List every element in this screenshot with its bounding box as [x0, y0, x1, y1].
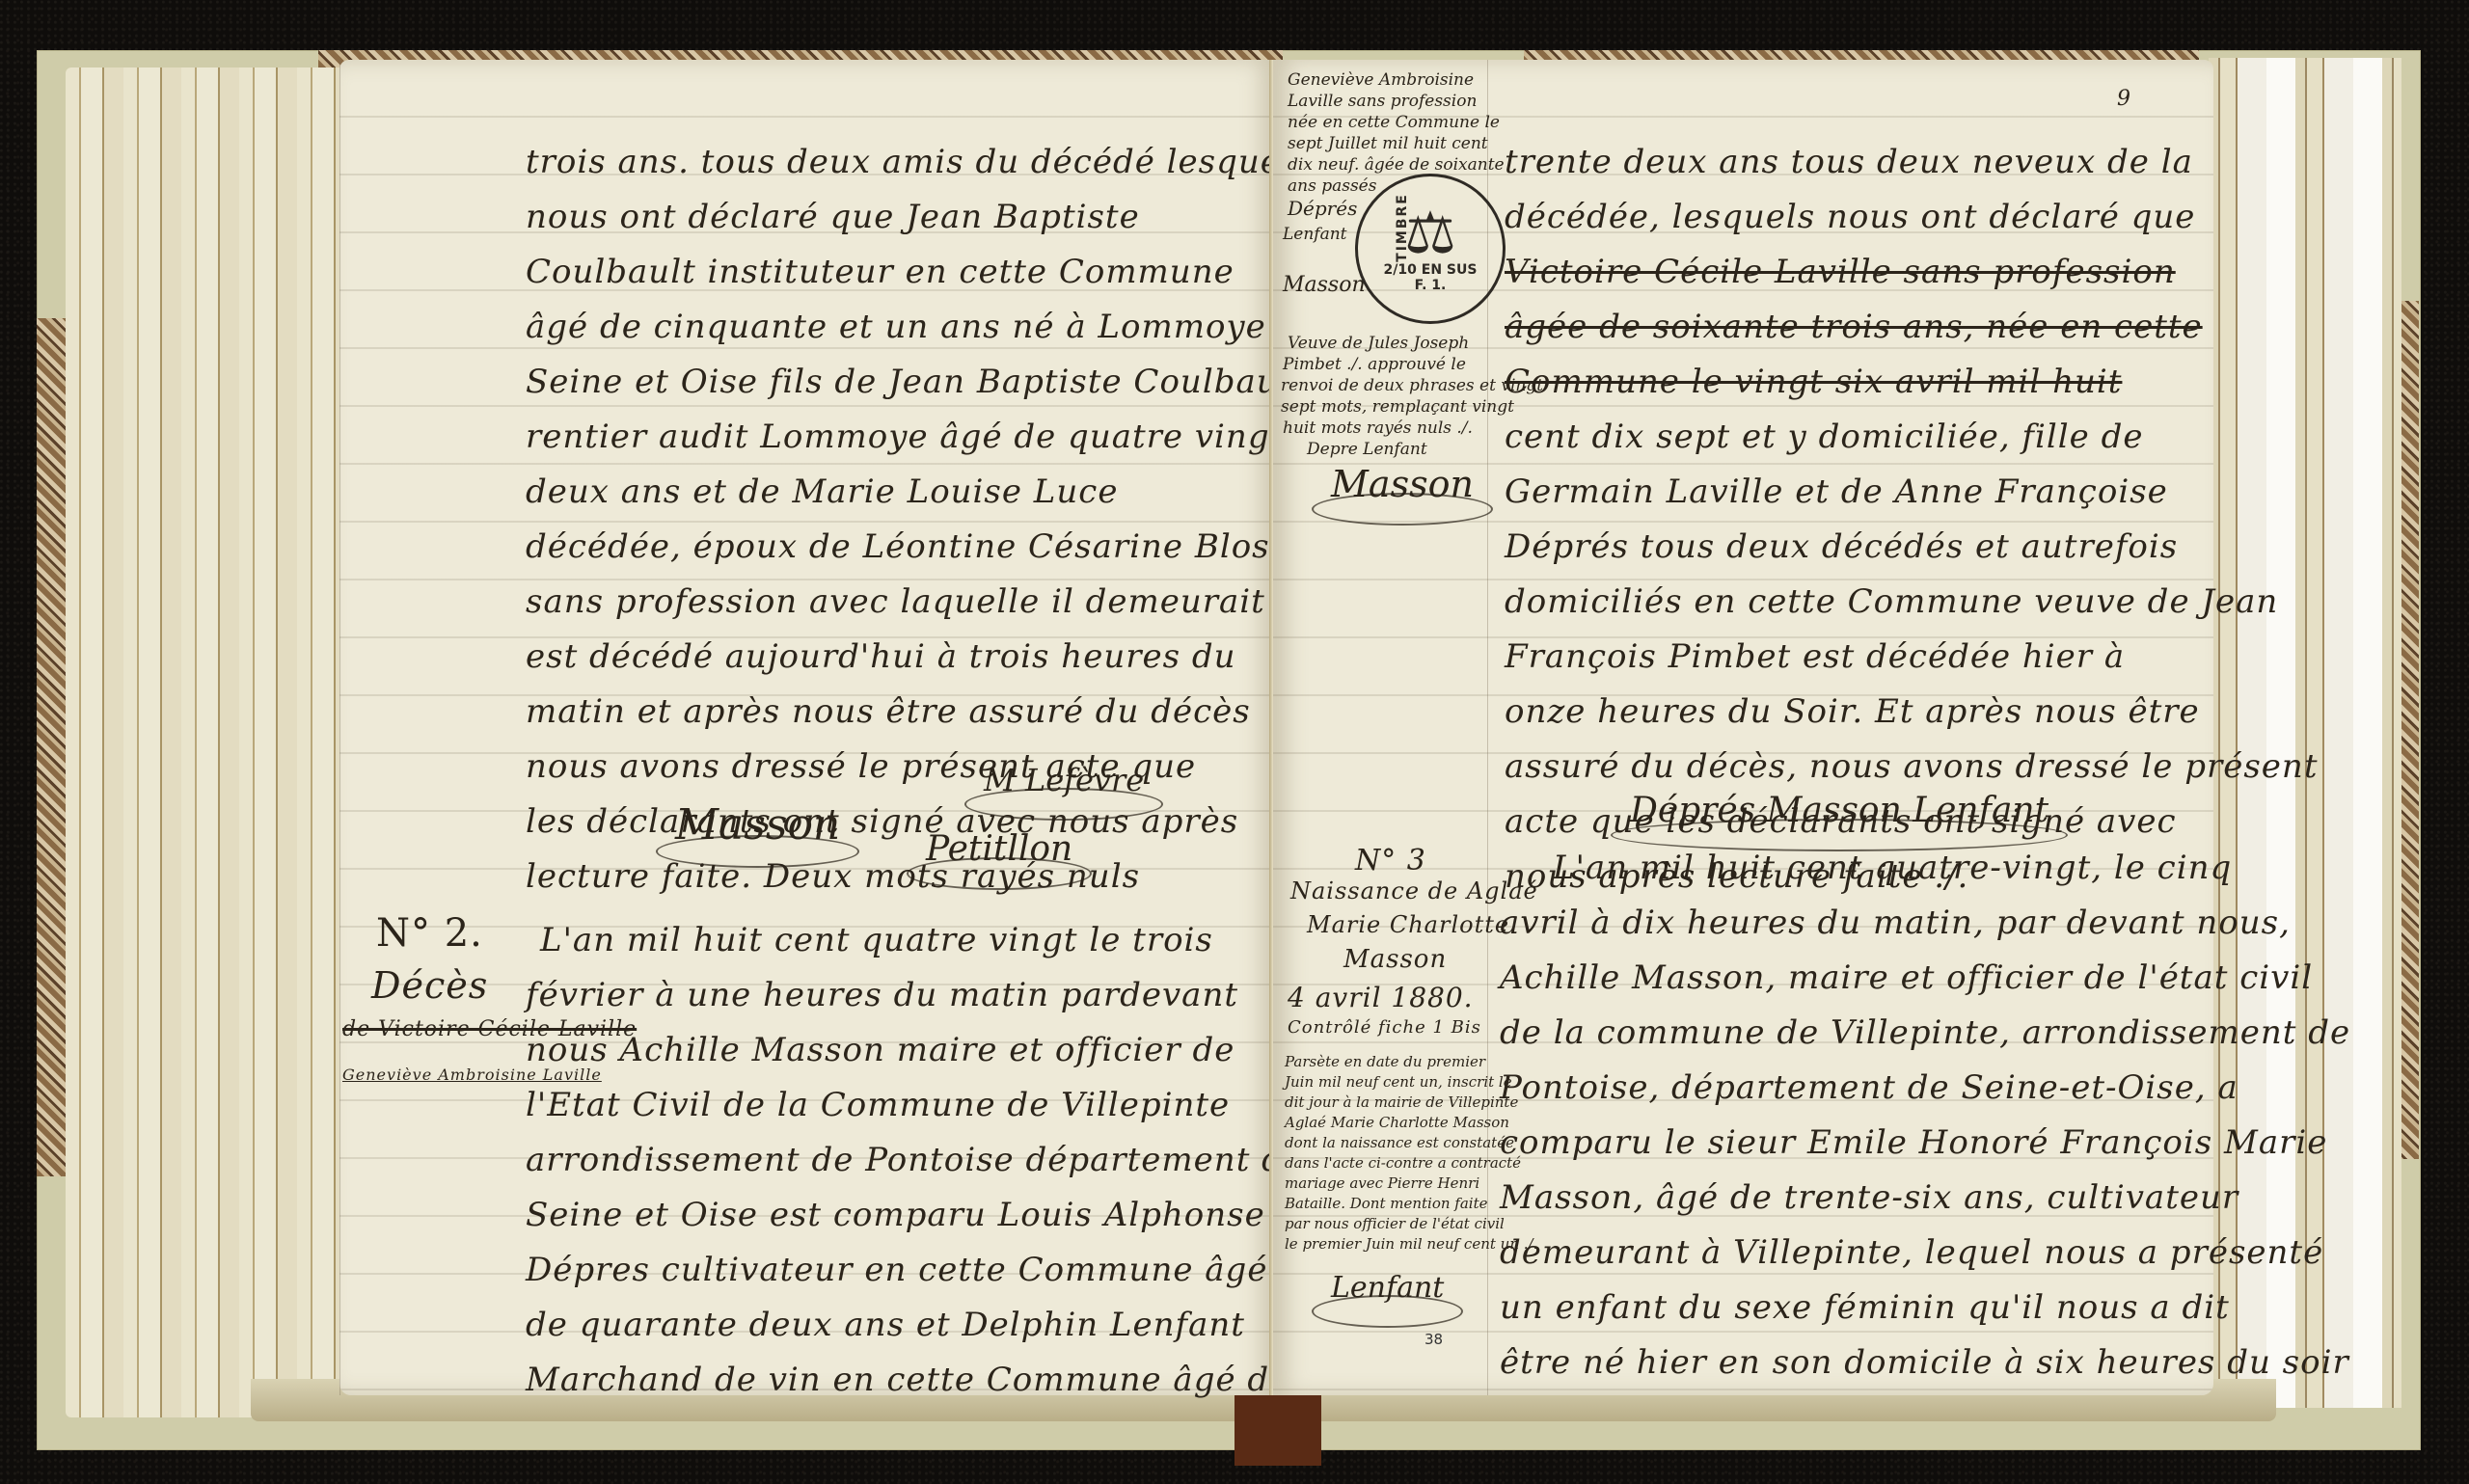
- text-line: l'Etat Civil de la Commune de Villepinte: [526, 1086, 1230, 1124]
- signature-masson: Masson: [675, 800, 840, 850]
- text-line: sans profession avec laquelle il demeura…: [526, 582, 1265, 621]
- text-line: avril à dix heures du matin, par devant …: [1500, 904, 2291, 942]
- note-line: Bataille. Dont mention faite: [1285, 1193, 1488, 1214]
- note-line: née en cette Commune le: [1288, 112, 1500, 133]
- text-line: Seine et Oise fils de Jean Baptiste Coul…: [526, 363, 1304, 401]
- text-line: assuré du décès, nous avons dressé le pr…: [1505, 747, 2319, 786]
- stamp-surcharge: 2/10 EN SUS: [1384, 262, 1478, 278]
- text-line: de quarante deux ans et Delphin Lenfant: [526, 1306, 1245, 1344]
- text-line: décédée, époux de Léontine Césarine Blos…: [526, 527, 1336, 566]
- note-signature: Déprés: [1288, 198, 1357, 219]
- entry-number: N° 3: [1355, 844, 1426, 877]
- text-line: domiciliés en cette Commune veuve de Jea…: [1505, 582, 2278, 621]
- text-line: Pontoise, département de Seine-et-Oise, …: [1500, 1068, 2238, 1107]
- entry-date: 4 avril 1880.: [1288, 982, 1474, 1013]
- signature-petitllon: Petitllon: [926, 829, 1072, 869]
- note-line: Aglaé Marie Charlotte Masson: [1285, 1112, 1509, 1133]
- text-line: Germain Laville et de Anne Françoise: [1505, 472, 2168, 511]
- text-line: Coulbault instituteur en cette Commune: [526, 253, 1234, 291]
- entry-title-line: Marie Charlotte: [1307, 911, 1509, 938]
- text-line: onze heures du Soir. Et après nous être: [1505, 692, 2200, 731]
- text-line: trois ans. tous deux amis du décédé lesq…: [526, 143, 1310, 181]
- text-line: de la commune de Villepinte, arrondissem…: [1500, 1013, 2350, 1052]
- text-line: Achille Masson, maire et officier de l'é…: [1500, 958, 2313, 997]
- text-line: décédée, lesquels nous ont déclaré que: [1505, 198, 2195, 236]
- text-line: Masson, âgé de trente-six ans, cultivate…: [1500, 1178, 2238, 1217]
- text-line: être né hier en son domicile à six heure…: [1500, 1343, 2349, 1382]
- entry-control-note: Contrôlé fiche 1 Bis: [1288, 1017, 1481, 1038]
- note-line: Parsète en date du premier: [1285, 1051, 1485, 1072]
- folio-mark: 9: [2117, 87, 2130, 111]
- text-line: demeurant à Villepinte, lequel nous a pr…: [1500, 1233, 2323, 1272]
- entry-number: N° 2.: [376, 911, 483, 956]
- note-line: ans passés: [1288, 175, 1376, 197]
- note-line: Veuve de Jules Joseph: [1288, 333, 1469, 354]
- text-line: L'an mil huit cent quatre vingt le trois: [540, 921, 1213, 959]
- note-line: par nous officier de l'état civil: [1285, 1213, 1505, 1234]
- page-stack-left: [66, 67, 345, 1417]
- text-line: Déprés tous deux décédés et autrefois: [1505, 527, 2178, 566]
- text-line: Dépres cultivateur en cette Commune âgé: [526, 1251, 1267, 1289]
- text-line: François Pimbet est décédée hier à: [1505, 637, 2125, 676]
- text-line: un enfant du sexe féminin qu'il nous a d…: [1500, 1288, 2230, 1327]
- justice-figure-icon: ⚖: [1404, 204, 1456, 262]
- note-line: Pimbet ./. approuvé le: [1283, 354, 1466, 375]
- note-line: sept Juillet mil huit cent: [1288, 133, 1488, 154]
- stamp-value: F. 1.: [1415, 278, 1447, 293]
- note-line: dix neuf. âgée de soixante: [1288, 154, 1505, 175]
- text-line: rentier audit Lommoye âgé de quatre ving…: [526, 418, 1284, 456]
- text-line: comparu le sieur Emile Honoré François M…: [1500, 1123, 2327, 1162]
- note-signature: Depre Lenfant: [1307, 439, 1427, 460]
- text-line: nous Achille Masson maire et officier de: [526, 1031, 1234, 1069]
- note-line: huit mots rayés nuls ./.: [1283, 418, 1473, 439]
- tax-stamp: TIMBRE ⚖ 2/10 EN SUS F. 1.: [1355, 174, 1506, 324]
- text-line-struck: Commune le vingt six avril mil huit: [1505, 363, 2122, 401]
- note-line: Juin mil neuf cent un, inscrit le: [1285, 1071, 1512, 1093]
- signatures-entry-1: Déprés Masson Lenfant: [1630, 791, 2048, 830]
- text-line: février à une heures du matin pardevant: [526, 976, 1238, 1014]
- text-line-struck: Victoire Cécile Laville sans profession: [1505, 253, 2176, 291]
- note-signature: Lenfant: [1283, 224, 1347, 245]
- text-line: est décédé aujourd'hui à trois heures du: [526, 637, 1236, 676]
- text-line: trente deux ans tous deux neveux de la: [1505, 143, 2193, 181]
- marbled-cover-left: [37, 318, 66, 1176]
- text-line: âgé de cinquante et un ans né à Lommoye: [526, 308, 1266, 346]
- entry-title-line: Masson: [1343, 945, 1447, 974]
- note-line: sept mots, remplaçant vingt: [1281, 396, 1514, 418]
- note-signature: Masson: [1283, 275, 1366, 296]
- text-line: arrondissement de Pontoise département d…: [526, 1141, 1304, 1179]
- signature-masson: Masson: [1331, 463, 1474, 505]
- stamp-label: TIMBRE: [1395, 193, 1410, 262]
- note-line: mariage avec Pierre Henri: [1285, 1173, 1479, 1194]
- page-number: 38: [1424, 1331, 1443, 1348]
- text-line: deux ans et de Marie Louise Luce: [526, 472, 1118, 511]
- text-line: cent dix sept et y domiciliée, fille de: [1505, 418, 2143, 456]
- text-line: L'an mil huit cent quatre-vingt, le cinq: [1553, 849, 2232, 887]
- book-spine: [1234, 1389, 1321, 1466]
- note-line: Laville sans profession: [1288, 91, 1477, 112]
- text-line: matin et après nous être assuré du décès: [526, 692, 1251, 731]
- margin-rule: [339, 60, 340, 1395]
- note-line: Geneviève Ambroisine: [1288, 69, 1474, 91]
- text-line: Marchand de vin en cette Commune âgé de: [526, 1361, 1289, 1399]
- note-line: dans l'acte ci-contre a contracté: [1285, 1152, 1521, 1174]
- text-line: Seine et Oise est comparu Louis Alphonse: [526, 1196, 1265, 1234]
- entry-title: Décès: [371, 964, 488, 1007]
- note-line: dont la naissance est constatée: [1285, 1132, 1514, 1153]
- text-line-struck: âgée de soixante trois ans, née en cette: [1505, 308, 2203, 346]
- entry-title-line: Naissance de Aglaé: [1290, 877, 1538, 904]
- note-line: dit jour à la mairie de Villepinte: [1285, 1092, 1518, 1113]
- signature-lefevre: M Lefèvre: [984, 762, 1144, 798]
- signature-lenfant: Lenfant: [1331, 1271, 1444, 1305]
- text-line: nous ont déclaré que Jean Baptiste: [526, 198, 1140, 236]
